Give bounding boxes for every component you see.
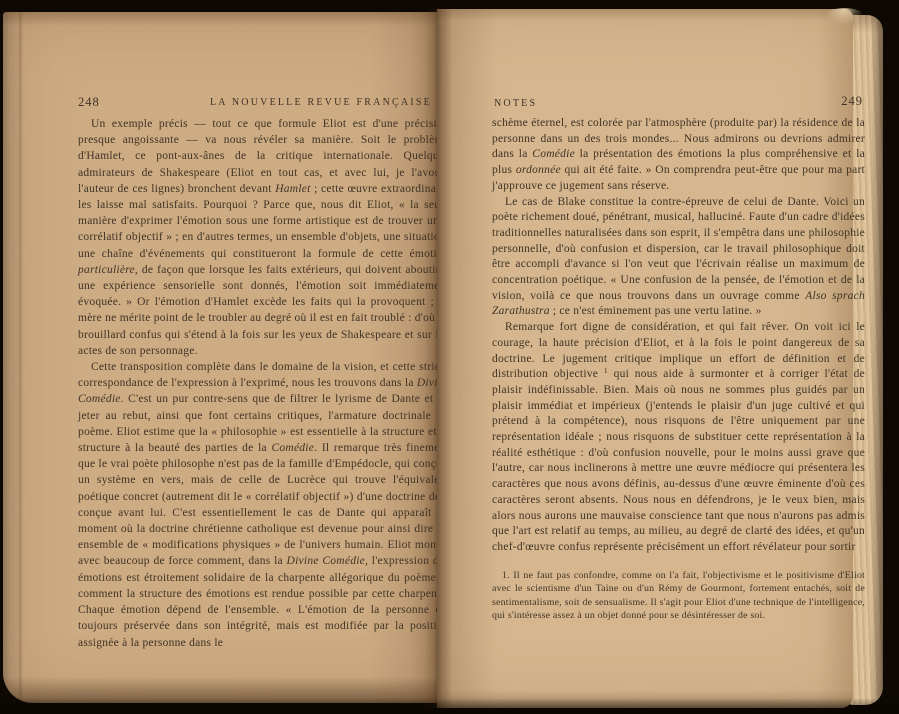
- left-page-text-column: 248 LA NOUVELLE REVUE FRANÇAISE Un exemp…: [78, 94, 449, 651]
- left-page-body: Un exemple précis — tout ce que formule …: [78, 116, 449, 651]
- left-paragraph-1: Un exemple précis — tout ce que formule …: [78, 116, 449, 359]
- page-number-right: 249: [841, 94, 863, 109]
- right-page-body: schème éternel, est colorée par l'atmosp…: [492, 116, 865, 556]
- footnote-1: 1. Il ne faut pas confondre, comme on l'…: [492, 569, 865, 623]
- right-paragraph-1: schème éternel, est colorée par l'atmosp…: [492, 116, 865, 195]
- footnote: 1. Il ne faut pas confondre, comme on l'…: [492, 569, 865, 623]
- right-page: NOTES 249 schème éternel, est colorée pa…: [437, 9, 853, 708]
- left-page: 248 LA NOUVELLE REVUE FRANÇAISE Un exemp…: [3, 12, 437, 703]
- right-page-text-column: NOTES 249 schème éternel, est colorée pa…: [492, 94, 865, 623]
- left-paragraph-2: Cette transposition complète dans le dom…: [78, 359, 449, 651]
- book-photo: 248 LA NOUVELLE REVUE FRANÇAISE Un exemp…: [0, 0, 899, 714]
- right-page-header: NOTES 249: [492, 94, 865, 116]
- running-title-right: NOTES: [494, 98, 537, 109]
- right-paragraph-2: Le cas de Blake constitue la contre-épre…: [492, 195, 865, 321]
- page-number-left: 248: [78, 95, 100, 110]
- right-paragraph-3: Remarque fort digne de considération, et…: [492, 320, 865, 556]
- left-page-header: 248 LA NOUVELLE REVUE FRANÇAISE: [78, 94, 449, 116]
- running-title-left: LA NOUVELLE REVUE FRANÇAISE: [210, 97, 432, 108]
